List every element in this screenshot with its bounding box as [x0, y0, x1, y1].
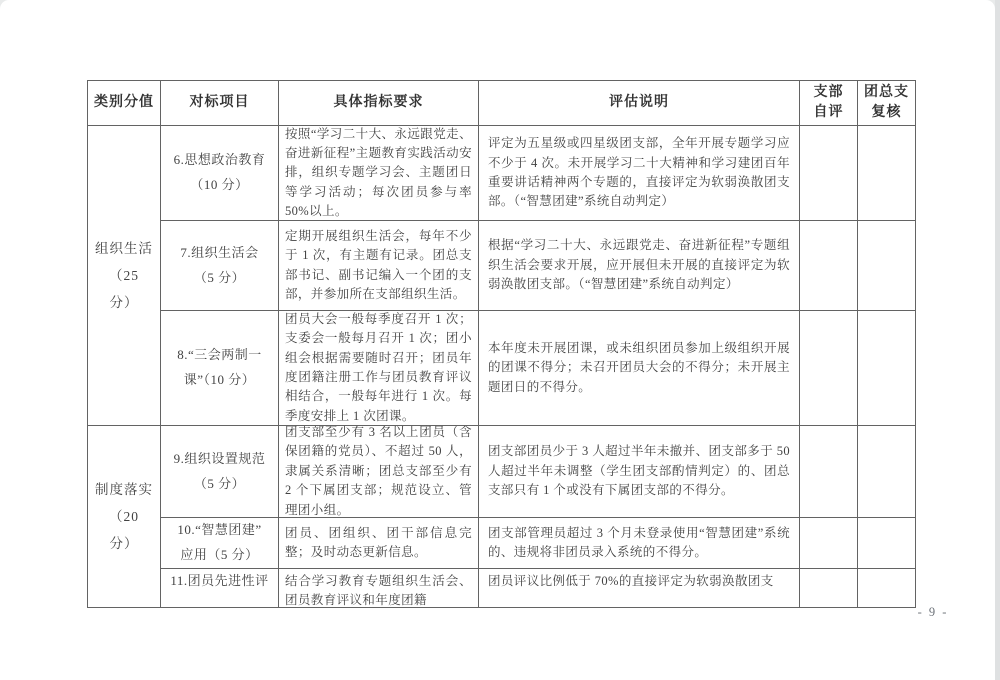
- requirement-cell-10: 团员、团组织、团干部信息完整；及时动态更新信息。: [279, 518, 479, 569]
- category-cell-organization-life: 组织生活 （25 分）: [88, 126, 161, 426]
- general-review-cell-7: [858, 221, 916, 311]
- header-category: 类别分值: [88, 81, 161, 126]
- evaluation-cell-9: 团支部团员少于 3 人超过半年未撤并、团支部多于 50 人超过半年未调整（学生团…: [479, 426, 800, 518]
- evaluation-cell-6: 评定为五星级或四星级团支部，全年开展专题学习应不少于 4 次。未开展学习二十大精…: [479, 126, 800, 221]
- header-item: 对标项目: [161, 81, 279, 126]
- self-review-cell-11: [800, 569, 858, 608]
- requirement-cell-8: 团员大会一般每季度召开 1 次；支委会一般每月召开 1 次；团小组会根据需要随时…: [279, 311, 479, 426]
- self-review-cell-9: [800, 426, 858, 518]
- general-review-cell-11: [858, 569, 916, 608]
- requirement-cell-11: 结合学习教育专题组织生活会、团员教育评议和年度团籍: [279, 569, 479, 608]
- item-cell-11: 11.团员先进性评: [161, 569, 279, 608]
- requirement-cell-6: 按照“学习二十大、永远跟党走、奋进新征程”主题教育实践活动安排，组织专题学习会、…: [279, 126, 479, 221]
- general-review-cell-8: [858, 311, 916, 426]
- header-self-review: 支部 自评: [800, 81, 858, 126]
- item-cell-9: 9.组织设置规范 （5 分）: [161, 426, 279, 518]
- header-general-review: 团总支 复核: [858, 81, 916, 126]
- page-number: - 9 -: [908, 605, 958, 620]
- document-page: 类别分值 对标项目 具体指标要求 评估说明 支部 自评 团总支 复核 组织生活 …: [0, 0, 995, 680]
- evaluation-table: 类别分值 对标项目 具体指标要求 评估说明 支部 自评 团总支 复核 组织生活 …: [87, 80, 916, 608]
- requirement-cell-9: 团支部至少有 3 名以上团员（含保团籍的党员）、不超过 50 人，隶属关系清晰；…: [279, 426, 479, 518]
- header-requirement: 具体指标要求: [279, 81, 479, 126]
- evaluation-cell-11: 团员评议比例低于 70%的直接评定为软弱涣散团支: [479, 569, 800, 608]
- evaluation-cell-8: 本年度未开展团课，或未组织团员参加上级组织开展的团课不得分；未召开团员大会的不得…: [479, 311, 800, 426]
- item-cell-10: 10.“智慧团建” 应用（5 分）: [161, 518, 279, 569]
- item-cell-8: 8.“三会两制一 课”（10 分）: [161, 311, 279, 426]
- requirement-cell-7: 定期开展组织生活会，每年不少于 1 次，有主题有记录。团总支部书记、副书记编入一…: [279, 221, 479, 311]
- general-review-cell-6: [858, 126, 916, 221]
- self-review-cell-10: [800, 518, 858, 569]
- self-review-cell-7: [800, 221, 858, 311]
- evaluation-cell-7: 根据“学习二十大、永远跟党走、奋进新征程”专题组织生活会要求开展，应开展但未开展…: [479, 221, 800, 311]
- general-review-cell-9: [858, 426, 916, 518]
- page-edge-strip: [995, 0, 1000, 680]
- category-cell-system-implementation: 制度落实 （20 分）: [88, 426, 161, 608]
- item-cell-6: 6.思想政治教育 （10 分）: [161, 126, 279, 221]
- general-review-cell-10: [858, 518, 916, 569]
- evaluation-cell-10: 团支部管理员超过 3 个月未登录使用“智慧团建”系统的、违规将非团员录入系统的不…: [479, 518, 800, 569]
- self-review-cell-8: [800, 311, 858, 426]
- header-evaluation: 评估说明: [479, 81, 800, 126]
- self-review-cell-6: [800, 126, 858, 221]
- item-cell-7: 7.组织生活会 （5 分）: [161, 221, 279, 311]
